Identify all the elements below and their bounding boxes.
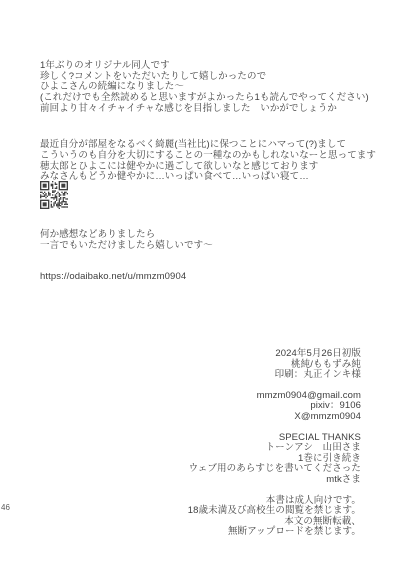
afterword-paragraph: 最近自分が部屋をなるべく綺麗(当社比)に保つことにハマって(?)ましてこういうの…	[40, 140, 380, 182]
page-number: 46	[1, 503, 10, 513]
text-line: みなさんもどうか健やかに…いっぱい食べて…いっぱい寝て…	[40, 172, 380, 183]
feedback-lines: 何か感想などありましたら一言でもいただけましたら嬉しいです〜	[40, 230, 380, 251]
text-line: 2024年5月26日初版	[188, 349, 361, 360]
text-line: X@mmzm0904	[188, 412, 361, 423]
odaibako-url: https://odaibako.net/u/mmzm0904	[40, 272, 380, 283]
adult-notice: 本書は成人向けです。18歳未満及び高校生の閲覧を禁じます。本文の無断転載、無断ア…	[188, 496, 361, 538]
afterword-text: 1年ぶりのオリジナル同人です珍しく?コメントをいただいたりして嬉しかったのでひよ…	[40, 40, 380, 330]
special-thanks-lines: トーンアシ 山田さま1巻に引き続きウェブ用のあらすじを書いてくださったmtkさま	[188, 443, 361, 485]
text-line: 一言でもいただけましたら嬉しいです〜	[40, 241, 380, 252]
contact-info: mmzm0904@gmail.compixiv：9106X@mmzm0904	[188, 391, 361, 423]
special-thanks: SPECIAL THANKS トーンアシ 山田さま1巻に引き続きウェブ用のあらす…	[188, 433, 361, 486]
text-line: mtkさま	[188, 475, 361, 486]
text-line: 印刷：丸正インキ様	[188, 370, 361, 381]
colophon: 2024年5月26日初版桃純/ももずみ純印刷：丸正インキ様 mmzm0904@g…	[188, 349, 361, 548]
qr-code-icon	[40, 181, 68, 209]
afterword-paragraph: 1年ぶりのオリジナル同人です珍しく?コメントをいただいたりして嬉しかったのでひよ…	[40, 61, 380, 114]
text-line: 無断アップロードを禁じます。	[188, 527, 361, 538]
text-line: (これだけでも全然読めると思いますがよかったら1も読んでやってください)	[40, 93, 380, 104]
text-line: 前回より甘々イチャイチャな感じを目指しました いかがでしょうか	[40, 104, 380, 115]
afterword-page: 1年ぶりのオリジナル同人です珍しく?コメントをいただいたりして嬉しかったのでひよ…	[0, 0, 400, 565]
text-line: こういうのも自分を大切にすることの一種なのかもしれないなーと思ってます	[40, 151, 380, 162]
publication-info: 2024年5月26日初版桃純/ももずみ純印刷：丸正インキ様	[188, 349, 361, 381]
afterword-paragraph: 何か感想などありましたら一言でもいただけましたら嬉しいです〜 https://o…	[40, 209, 380, 304]
